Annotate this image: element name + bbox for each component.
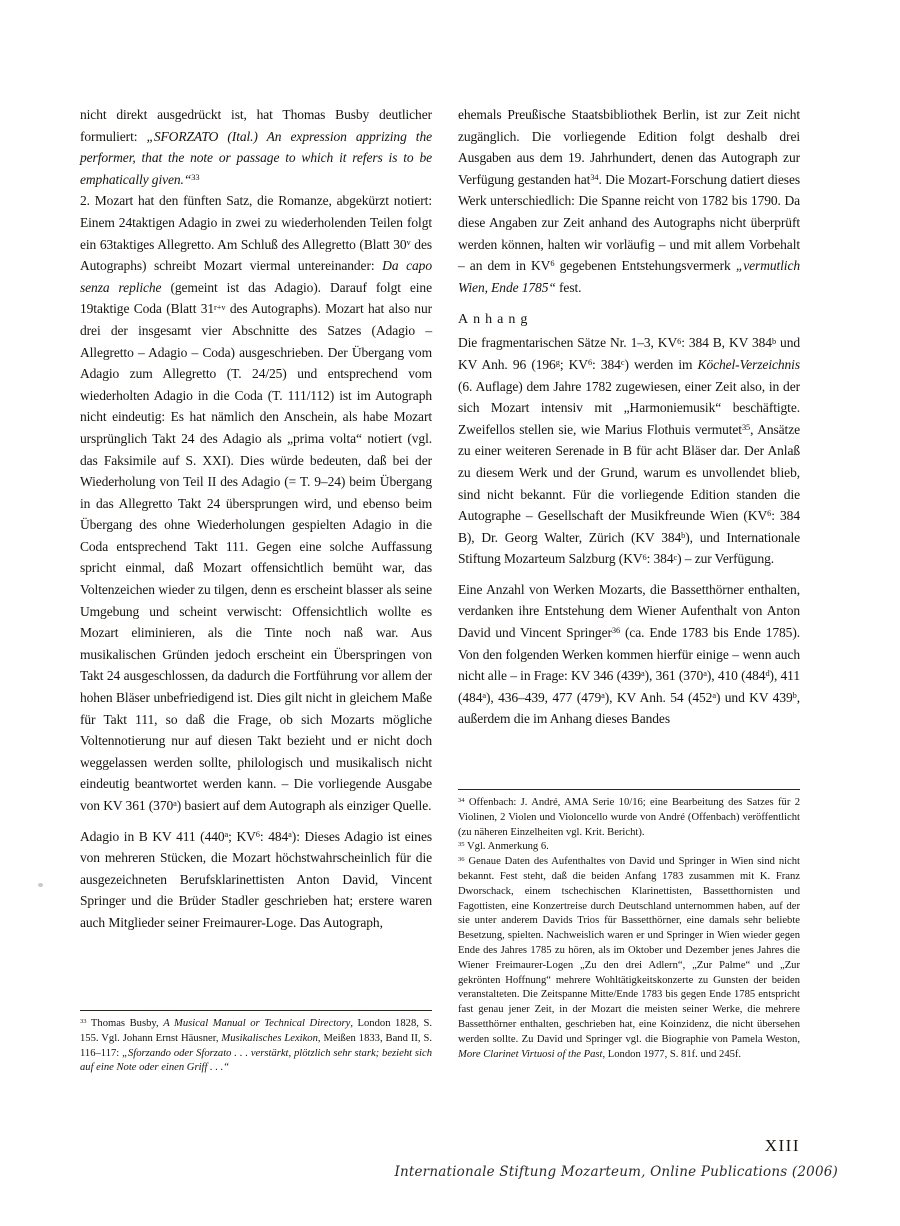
document-page: nicht direkt ausgedrückt ist, hat Thomas…: [0, 0, 900, 1226]
footnote-separator-rule: [458, 789, 800, 790]
section-heading-anhang: Anhang: [458, 312, 800, 328]
paragraph-sforzato-continuation: nicht direkt ausgedrückt ist, hat Thomas…: [80, 104, 432, 190]
paragraph-bassetthoerner-werke: Eine Anzahl von Werken Mozarts, die Bass…: [458, 579, 800, 730]
right-footnote-block: 34 Offenbach: J. André, AMA Serie 10/16;…: [458, 789, 800, 1062]
paragraph-berlin-sources: ehemals Preußische Staatsbibliothek Berl…: [458, 104, 800, 298]
footer-credit: Internationale Stiftung Mozarteum, Onlin…: [394, 1164, 838, 1180]
scan-speck: [38, 883, 43, 887]
footnote-separator-rule: [80, 1010, 432, 1011]
footnote-36: 36 Genaue Daten des Aufenthaltes von Dav…: [458, 855, 800, 1062]
paragraph-adagio-kv411: Adagio in B KV 411 (440a; KV6: 484a): Di…: [80, 826, 432, 934]
footnote-35: 35 Vgl. Anmerkung 6.: [458, 840, 800, 855]
footnote-34: 34 Offenbach: J. André, AMA Serie 10/16;…: [458, 796, 800, 840]
left-column: nicht direkt ausgedrückt ist, hat Thomas…: [80, 104, 432, 1164]
page-number: XIII: [765, 1136, 800, 1156]
paragraph-fragmentarische-saetze: Die fragmentarischen Sätze Nr. 1–3, KV6:…: [458, 332, 800, 570]
right-column: ehemals Preußische Staatsbibliothek Berl…: [458, 104, 800, 1164]
left-footnote-block: 33 Thomas Busby, A Musical Manual or Tec…: [80, 1010, 432, 1076]
footnote-33: 33 Thomas Busby, A Musical Manual or Tec…: [80, 1017, 432, 1076]
paragraph-romanze-notation: 2. Mozart hat den fünften Satz, die Roma…: [80, 190, 432, 816]
